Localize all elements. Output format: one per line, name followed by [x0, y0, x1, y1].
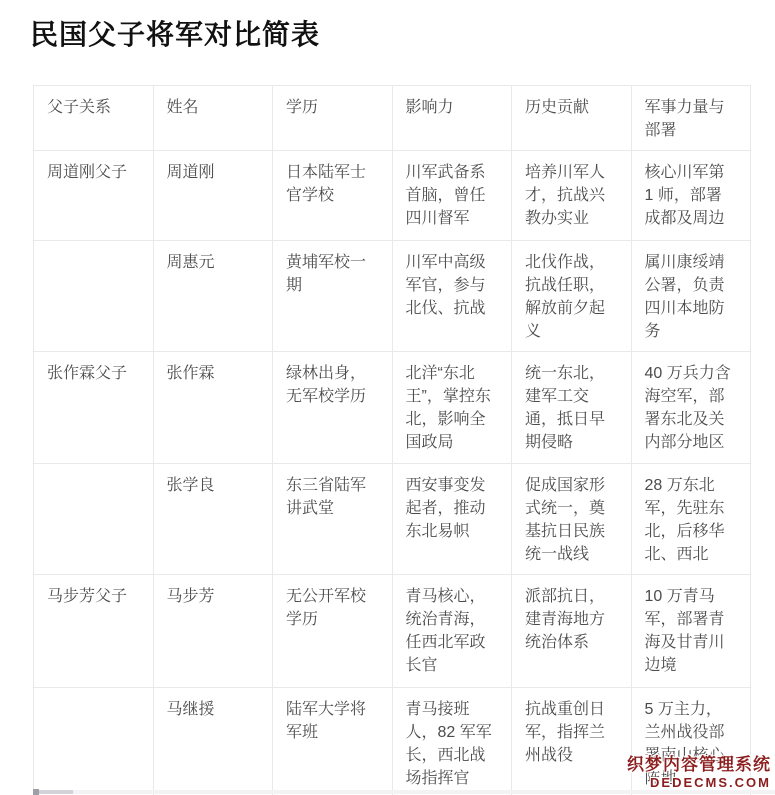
cell-influence: 川军武备系首脑，曾任四川督军: [392, 151, 512, 241]
table-row: 马继援陆军大学将军班青马接班人，82 军军长，西北战场指挥官抗战重创日军，指挥兰…: [34, 688, 751, 795]
cell-military: 核心川军第 1 师，部署成都及周边: [631, 151, 751, 241]
cell-contribution: 北伐作战，抗战任职，解放前夕起义: [512, 241, 632, 352]
cell-influence: 北洋“东北王”，掌控东北，影响全国政局: [392, 352, 512, 464]
cell-military: 5 万主力，兰州战役部署南山核心阵地: [631, 688, 751, 795]
cell-contribution: 促成国家形式统一，奠基抗日民族统一战线: [512, 464, 632, 575]
cell-relation: [34, 688, 154, 795]
cell-influence: 青马核心，统治青海，任西北军政长官: [392, 575, 512, 688]
horizontal-scrollbar-thumb[interactable]: [33, 790, 73, 794]
table-row: 马步芳父子马步芳无公开军校学历青马核心，统治青海，任西北军政长官派部抗日，建青海…: [34, 575, 751, 688]
cell-name: 周道刚: [153, 151, 273, 241]
cell-name: 张作霖: [153, 352, 273, 464]
cell-education: 黄埔军校一期: [273, 241, 393, 352]
cell-contribution: 抗战重创日军，指挥兰州战役: [512, 688, 632, 795]
cell-name: 马步芳: [153, 575, 273, 688]
cell-relation: [34, 241, 154, 352]
cell-name: 马继援: [153, 688, 273, 795]
cell-education: 陆军大学将军班: [273, 688, 393, 795]
column-header-name: 姓名: [153, 86, 273, 151]
cell-contribution: 培养川军人才，抗战兴教办实业: [512, 151, 632, 241]
cell-name: 张学良: [153, 464, 273, 575]
table-row: 张学良东三省陆军讲武堂西安事变发起者，推动东北易帜促成国家形式统一，奠基抗日民族…: [34, 464, 751, 575]
table-row: 张作霖父子张作霖绿林出身，无军校学历北洋“东北王”，掌控东北，影响全国政局统一东…: [34, 352, 751, 464]
cell-education: 无公开军校学历: [273, 575, 393, 688]
page-title: 民国父子将军对比简表: [30, 13, 320, 53]
scrollbar-corner: [33, 789, 39, 795]
cell-education: 日本陆军士官学校: [273, 151, 393, 241]
cell-contribution: 派部抗日，建青海地方统治体系: [512, 575, 632, 688]
table-row: 周道刚父子周道刚日本陆军士官学校川军武备系首脑，曾任四川督军培养川军人才，抗战兴…: [34, 151, 751, 241]
horizontal-scrollbar[interactable]: [33, 790, 775, 794]
table-row: 周惠元黄埔军校一期川军中高级军官，参与北伐、抗战北伐作战，抗战任职，解放前夕起义…: [34, 241, 751, 352]
table-header-row: 父子关系姓名学历影响力历史贡献军事力量与部署: [34, 86, 751, 151]
column-header-influence: 影响力: [392, 86, 512, 151]
cell-education: 东三省陆军讲武堂: [273, 464, 393, 575]
cell-influence: 青马接班人，82 军军长，西北战场指挥官: [392, 688, 512, 795]
cell-influence: 西安事变发起者，推动东北易帜: [392, 464, 512, 575]
cell-military: 属川康绥靖公署，负责四川本地防务: [631, 241, 751, 352]
cell-contribution: 统一东北，建军工交通，抵日早期侵略: [512, 352, 632, 464]
column-header-education: 学历: [273, 86, 393, 151]
cell-relation: 周道刚父子: [34, 151, 154, 241]
cell-relation: [34, 464, 154, 575]
column-header-contribution: 历史贡献: [512, 86, 632, 151]
cell-military: 10 万青马军，部署青海及甘青川边境: [631, 575, 751, 688]
comparison-table: 父子关系姓名学历影响力历史贡献军事力量与部署 周道刚父子周道刚日本陆军士官学校川…: [33, 85, 751, 795]
cell-education: 绿林出身，无军校学历: [273, 352, 393, 464]
page: 民国父子将军对比简表 父子关系姓名学历影响力历史贡献军事力量与部署 周道刚父子周…: [0, 0, 775, 795]
cell-relation: 张作霖父子: [34, 352, 154, 464]
column-header-military: 军事力量与部署: [631, 86, 751, 151]
cell-military: 28 万东北军，先驻东北，后移华北、西北: [631, 464, 751, 575]
cell-military: 40 万兵力含海空军，部署东北及关内部分地区: [631, 352, 751, 464]
cell-name: 周惠元: [153, 241, 273, 352]
comparison-table-container: 父子关系姓名学历影响力历史贡献军事力量与部署 周道刚父子周道刚日本陆军士官学校川…: [33, 85, 752, 795]
column-header-relation: 父子关系: [34, 86, 154, 151]
cell-influence: 川军中高级军官，参与北伐、抗战: [392, 241, 512, 352]
cell-relation: 马步芳父子: [34, 575, 154, 688]
